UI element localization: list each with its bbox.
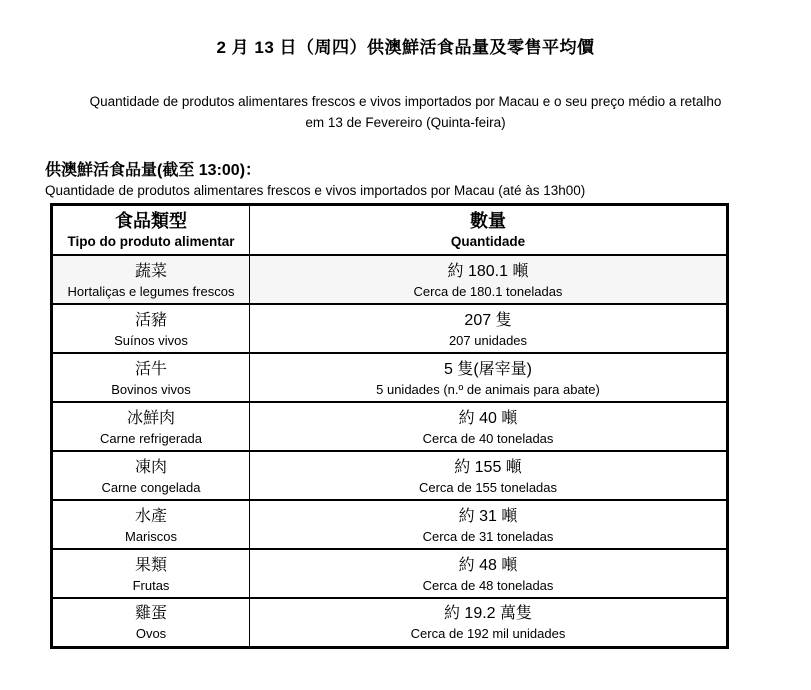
product-type-zh: 蔬菜 xyxy=(61,260,241,283)
table-row: 活豬 Suínos vivos 207 隻 207 unidades xyxy=(52,304,728,353)
quantity-zh: 約 180.1 噸 xyxy=(258,260,718,283)
quantity-zh: 約 31 噸 xyxy=(258,505,718,528)
product-type-zh: 水產 xyxy=(61,505,241,528)
quantity-zh: 約 48 噸 xyxy=(258,554,718,577)
food-supply-table: 食品類型 Tipo do produto alimentar 數量 Quanti… xyxy=(50,203,729,649)
quantity-pt: Cerca de 155 toneladas xyxy=(258,479,718,496)
product-type-pt: Ovos xyxy=(61,625,241,642)
cell-quantity: 約 48 噸 Cerca de 48 toneladas xyxy=(250,549,728,598)
document-subtitle: Quantidade de produtos alimentares fresc… xyxy=(86,91,726,133)
header-qty-pt: Quantidade xyxy=(258,233,718,251)
cell-product-type: 活牛 Bovinos vivos xyxy=(52,353,250,402)
cell-product-type: 活豬 Suínos vivos xyxy=(52,304,250,353)
document-title: 2 月 13 日（周四）供澳鮮活食品量及零售平均價 xyxy=(0,33,811,58)
section-heading-zh: 供澳鮮活食品量(截至 13:00)： xyxy=(45,157,811,180)
product-type-zh: 凍肉 xyxy=(61,456,241,479)
cell-quantity: 約 40 噸 Cerca de 40 toneladas xyxy=(250,402,728,451)
food-table-body: 蔬菜 Hortaliças e legumes frescos 約 180.1 … xyxy=(52,255,728,647)
quantity-pt: 5 unidades (n.º de animais para abate) xyxy=(258,381,718,398)
table-row: 蔬菜 Hortaliças e legumes frescos 約 180.1 … xyxy=(52,255,728,304)
header-type-zh: 食品類型 xyxy=(61,209,241,233)
header-cell-type: 食品類型 Tipo do produto alimentar xyxy=(52,205,250,256)
table-row: 凍肉 Carne congelada 約 155 噸 Cerca de 155 … xyxy=(52,451,728,500)
product-type-pt: Suínos vivos xyxy=(61,332,241,349)
product-type-pt: Carne congelada xyxy=(61,479,241,496)
cell-product-type: 凍肉 Carne congelada xyxy=(52,451,250,500)
quantity-pt: Cerca de 192 mil unidades xyxy=(258,625,718,642)
header-qty-zh: 數量 xyxy=(258,209,718,233)
product-type-zh: 雞蛋 xyxy=(61,602,241,625)
quantity-zh: 207 隻 xyxy=(258,309,718,332)
table-row: 雞蛋 Ovos 約 19.2 萬隻 Cerca de 192 mil unida… xyxy=(52,598,728,647)
cell-quantity: 207 隻 207 unidades xyxy=(250,304,728,353)
header-cell-quantity: 數量 Quantidade xyxy=(250,205,728,256)
table-row: 果類 Frutas 約 48 噸 Cerca de 48 toneladas xyxy=(52,549,728,598)
table-row: 冰鮮肉 Carne refrigerada 約 40 噸 Cerca de 40… xyxy=(52,402,728,451)
product-type-zh: 果類 xyxy=(61,554,241,577)
cell-product-type: 蔬菜 Hortaliças e legumes frescos xyxy=(52,255,250,304)
header-row: 食品類型 Tipo do produto alimentar 數量 Quanti… xyxy=(52,205,728,256)
quantity-zh: 約 40 噸 xyxy=(258,407,718,430)
cell-product-type: 冰鮮肉 Carne refrigerada xyxy=(52,402,250,451)
product-type-pt: Frutas xyxy=(61,577,241,594)
quantity-zh: 約 155 噸 xyxy=(258,456,718,479)
quantity-pt: Cerca de 180.1 toneladas xyxy=(258,283,718,300)
cell-quantity: 約 19.2 萬隻 Cerca de 192 mil unidades xyxy=(250,598,728,647)
quantity-pt: Cerca de 48 toneladas xyxy=(258,577,718,594)
product-type-zh: 活豬 xyxy=(61,309,241,332)
quantity-pt: Cerca de 31 toneladas xyxy=(258,528,718,545)
cell-quantity: 約 180.1 噸 Cerca de 180.1 toneladas xyxy=(250,255,728,304)
product-type-pt: Bovinos vivos xyxy=(61,381,241,398)
header-type-pt: Tipo do produto alimentar xyxy=(61,233,241,251)
product-type-zh: 活牛 xyxy=(61,358,241,381)
cell-quantity: 約 31 噸 Cerca de 31 toneladas xyxy=(250,500,728,549)
cell-product-type: 水產 Mariscos xyxy=(52,500,250,549)
cell-product-type: 雞蛋 Ovos xyxy=(52,598,250,647)
quantity-pt: Cerca de 40 toneladas xyxy=(258,430,718,447)
product-type-pt: Mariscos xyxy=(61,528,241,545)
table-row: 水產 Mariscos 約 31 噸 Cerca de 31 toneladas xyxy=(52,500,728,549)
product-type-pt: Hortaliças e legumes frescos xyxy=(61,283,241,300)
cell-quantity: 5 隻(屠宰量) 5 unidades (n.º de animais para… xyxy=(250,353,728,402)
quantity-pt: 207 unidades xyxy=(258,332,718,349)
product-type-zh: 冰鮮肉 xyxy=(61,407,241,430)
document-page: 2 月 13 日（周四）供澳鮮活食品量及零售平均價 Quantidade de … xyxy=(0,0,811,690)
cell-product-type: 果類 Frutas xyxy=(52,549,250,598)
food-table-header: 食品類型 Tipo do produto alimentar 數量 Quanti… xyxy=(52,205,728,256)
product-type-pt: Carne refrigerada xyxy=(61,430,241,447)
cell-quantity: 約 155 噸 Cerca de 155 toneladas xyxy=(250,451,728,500)
table-row: 活牛 Bovinos vivos 5 隻(屠宰量) 5 unidades (n.… xyxy=(52,353,728,402)
quantity-zh: 約 19.2 萬隻 xyxy=(258,602,718,625)
quantity-zh: 5 隻(屠宰量) xyxy=(258,358,718,381)
section-heading-pt: Quantidade de produtos alimentares fresc… xyxy=(45,183,811,198)
